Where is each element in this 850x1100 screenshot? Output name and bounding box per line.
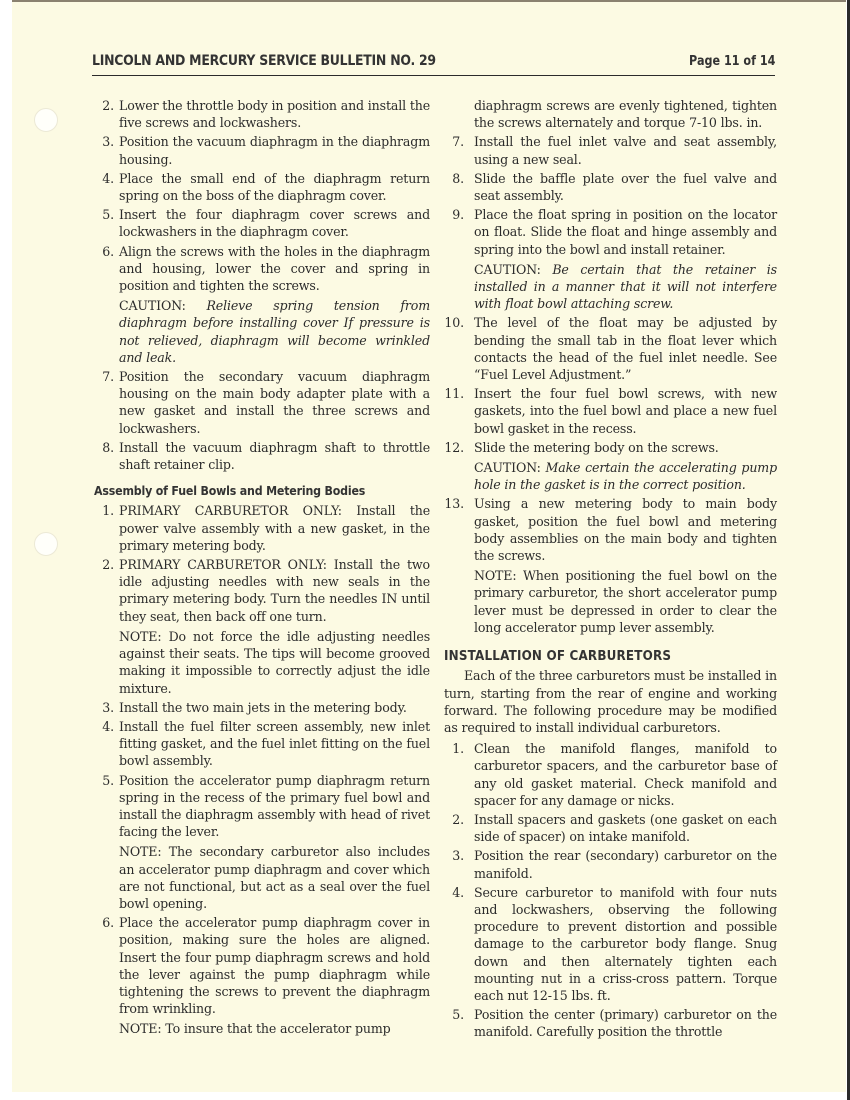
item-number: 7. <box>440 133 464 150</box>
list-item: 10.The level of the float may be adjuste… <box>444 314 777 383</box>
item-text: The level of the float may be adjusted b… <box>474 314 777 383</box>
right-list-b: 1.Clean the manifold flanges, manifold t… <box>444 740 777 1040</box>
item-note: NOTE: Do not force the idle adjusting ne… <box>119 628 430 697</box>
list-item: 2.PRIMARY CARBURETOR ONLY: Install the t… <box>94 556 430 697</box>
list-item: 3.Position the rear (secondary) carburet… <box>444 847 777 881</box>
item-text: Insert the four diaphragm cover screws a… <box>119 206 430 240</box>
bulletin-title: LINCOLN AND MERCURY SERVICE BULLETIN NO.… <box>92 53 436 69</box>
list-item: 7.Position the secondary vacuum diaphrag… <box>94 368 430 437</box>
list-item: 13.Using a new metering body to main bod… <box>444 495 777 636</box>
item-number: 1. <box>94 502 114 519</box>
item-number: 4. <box>94 170 114 187</box>
list-item: 6.Align the screws with the holes in the… <box>94 243 430 366</box>
item-text: PRIMARY CARBURETOR ONLY: Install the pow… <box>119 502 430 554</box>
item-text: Insert the four fuel bowl screws, with n… <box>474 385 777 437</box>
item-note: CAUTION: Make certain the accelerating p… <box>474 459 777 493</box>
section-heading-fuel-bowls: Assembly of Fuel Bowls and Metering Bodi… <box>94 483 403 500</box>
item-number: 5. <box>440 1006 464 1023</box>
item-number: 13. <box>440 495 464 512</box>
note-label: NOTE: <box>119 1021 161 1036</box>
item-number: 10. <box>440 314 464 331</box>
list-item: 5.Position the center (primary) carburet… <box>444 1006 777 1040</box>
item-text: Clean the manifold flanges, manifold to … <box>474 740 777 809</box>
note-label: NOTE: <box>119 629 161 644</box>
list-item: 1.Clean the manifold flanges, manifold t… <box>444 740 777 809</box>
item-text: Position the rear (secondary) carburetor… <box>474 847 777 881</box>
item-number: 8. <box>440 170 464 187</box>
item-text: Install the vacuum diaphragm shaft to th… <box>119 439 430 473</box>
item-text: Position the accelerator pump diaphragm … <box>119 772 430 841</box>
list-item: 5.Position the accelerator pump diaphrag… <box>94 772 430 913</box>
item-text: Install spacers and gaskets (one gasket … <box>474 811 777 845</box>
item-number: 2. <box>94 97 114 114</box>
item-text: Position the vacuum diaphragm in the dia… <box>119 133 430 167</box>
item-text: Position the center (primary) carburetor… <box>474 1006 777 1040</box>
right-list-a: 7.Install the fuel inlet valve and seat … <box>444 133 777 636</box>
page-edge <box>846 0 850 1100</box>
intro-paragraph: Each of the three carburetors must be in… <box>444 667 777 736</box>
list-item: 12.Slide the metering body on the screws… <box>444 439 777 494</box>
note-text: Do not force the idle adjusting needles … <box>119 629 430 696</box>
item-number: 9. <box>440 206 464 223</box>
item-note: NOTE: The secondary carburetor also incl… <box>119 843 430 912</box>
note-label: CAUTION: <box>474 262 541 277</box>
item-number: 3. <box>94 133 114 150</box>
list-item: 9.Place the float spring in position on … <box>444 206 777 312</box>
item-note: NOTE: When positioning the fuel bowl on … <box>474 567 777 636</box>
item-note: CAUTION: Be certain that the retainer is… <box>474 261 777 313</box>
item-text: Position the secondary vacuum diaphragm … <box>119 368 430 437</box>
item-text: Place the small end of the diaphragm ret… <box>119 170 430 204</box>
section-heading-installation: INSTALLATION OF CARBURETORS <box>444 648 750 665</box>
item-number: 6. <box>94 914 114 931</box>
item-number: 12. <box>440 439 464 456</box>
item-text: Install the fuel filter screen assembly,… <box>119 718 430 770</box>
list-item: 4.Place the small end of the diaphragm r… <box>94 170 430 204</box>
item-number: 8. <box>94 439 114 456</box>
item-text: Using a new metering body to main body g… <box>474 495 777 564</box>
item-text: Lower the throttle body in position and … <box>119 97 430 131</box>
list-item: 8.Slide the baffle plate over the fuel v… <box>444 170 777 204</box>
item-number: 1. <box>440 740 464 757</box>
page-number: Page 11 of 14 <box>689 54 775 69</box>
list-item: 7.Install the fuel inlet valve and seat … <box>444 133 777 167</box>
note-text: The secondary carburetor also includes a… <box>119 844 430 911</box>
list-item: 2.Lower the throttle body in position an… <box>94 97 430 131</box>
item-number: 3. <box>94 699 114 716</box>
punch-hole <box>34 108 58 132</box>
list-item: 3.Install the two main jets in the meter… <box>94 699 430 716</box>
item-text: Install the two main jets in the meterin… <box>119 699 430 716</box>
item-number: 11. <box>440 385 464 402</box>
item-text: Place the accelerator pump diaphragm cov… <box>119 914 430 1017</box>
item-note: CAUTION: Relieve spring tension from dia… <box>119 297 430 366</box>
item-number: 4. <box>440 884 464 901</box>
note-label: NOTE: <box>474 568 516 583</box>
item-text: Place the float spring in position on th… <box>474 206 777 258</box>
item-number: 6. <box>94 243 114 260</box>
item-number: 2. <box>440 811 464 828</box>
list-item: 8.Install the vacuum diaphragm shaft to … <box>94 439 430 473</box>
item-number: 4. <box>94 718 114 735</box>
item-number: 7. <box>94 368 114 385</box>
note-label: CAUTION: <box>474 460 541 475</box>
list-item: 3.Position the vacuum diaphragm in the d… <box>94 133 430 167</box>
note-text: When positioning the fuel bowl on the pr… <box>474 568 777 635</box>
item-number: 3. <box>440 847 464 864</box>
list-item: 2.Install spacers and gaskets (one gaske… <box>444 811 777 845</box>
item-text: Secure carburetor to manifold with four … <box>474 884 777 1004</box>
list-item: 5.Insert the four diaphragm cover screws… <box>94 206 430 240</box>
item-note: NOTE: To insure that the accelerator pum… <box>119 1020 430 1037</box>
note-label: CAUTION: <box>119 298 186 313</box>
left-list-b: 1.PRIMARY CARBURETOR ONLY: Install the p… <box>94 502 430 1037</box>
item-text: PRIMARY CARBURETOR ONLY: Install the two… <box>119 556 430 625</box>
list-item: 1.PRIMARY CARBURETOR ONLY: Install the p… <box>94 502 430 554</box>
list-item: 11.Insert the four fuel bowl screws, wit… <box>444 385 777 437</box>
note-label: NOTE: <box>119 844 161 859</box>
item-text: Align the screws with the holes in the d… <box>119 243 430 295</box>
left-column: 2.Lower the throttle body in position an… <box>94 97 430 1040</box>
list-item: 4.Install the fuel filter screen assembl… <box>94 718 430 770</box>
note-text: To insure that the accelerator pump <box>165 1021 390 1036</box>
item-text: Slide the baffle plate over the fuel val… <box>474 170 777 204</box>
left-list-a: 2.Lower the throttle body in position an… <box>94 97 430 473</box>
item-number: 5. <box>94 772 114 789</box>
list-item: 4.Secure carburetor to manifold with fou… <box>444 884 777 1004</box>
item-text: Slide the metering body on the screws. <box>474 439 777 456</box>
item-text: Install the fuel inlet valve and seat as… <box>474 133 777 167</box>
punch-hole <box>34 532 58 556</box>
item-number: 2. <box>94 556 114 573</box>
list-item-continuation: diaphragm screws are evenly tightened, t… <box>444 97 777 131</box>
right-column: diaphragm screws are evenly tightened, t… <box>444 97 777 1043</box>
bulletin-header: LINCOLN AND MERCURY SERVICE BULLETIN NO.… <box>92 53 775 76</box>
list-item: 6.Place the accelerator pump diaphragm c… <box>94 914 430 1037</box>
item-number: 5. <box>94 206 114 223</box>
